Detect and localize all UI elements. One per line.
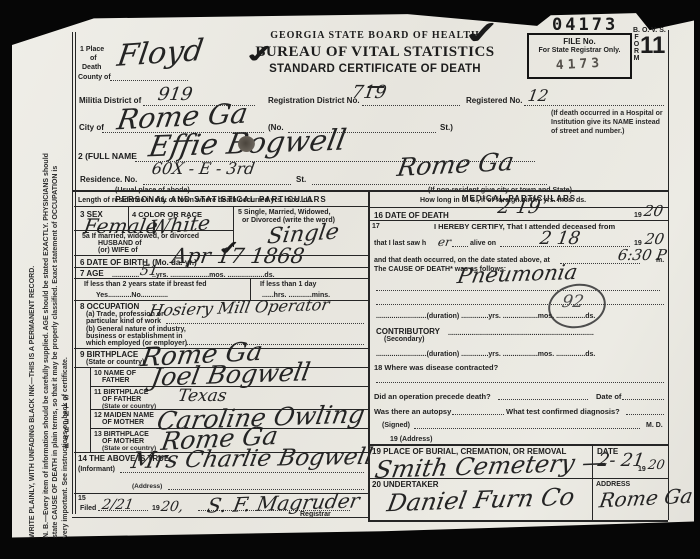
- margin-line-1: WRITE PLAINLY, WITH UNFADING BLACK INK—T…: [28, 32, 38, 538]
- parents-inner-border: [90, 367, 91, 453]
- hospital-note: (If death occurred in a Hospital or Inst…: [551, 110, 663, 136]
- autopsy-dotted: [452, 414, 504, 415]
- undertaker-top-rule: [368, 478, 668, 479]
- breastfed-label: If less than 2 years state if breast fed: [84, 281, 207, 289]
- address-19-label: 19 (Address): [390, 436, 432, 444]
- last-saw-label-1: that I last saw h: [374, 240, 426, 248]
- cause-value-handwritten: Pneumonia: [455, 260, 579, 288]
- residence-label: Residence. No.: [80, 176, 137, 185]
- cause-code-handwritten: 92: [560, 292, 585, 312]
- left-column-bottom-rule: [72, 517, 368, 518]
- filed-year-handwritten: 20,: [160, 499, 185, 515]
- filed-row-number: 15: [78, 495, 86, 503]
- check-mark-icon: ✓: [242, 39, 279, 70]
- test-dotted: [626, 414, 664, 415]
- last-saw-er-handwritten: er: [437, 235, 452, 249]
- regdist-dotted: [362, 105, 460, 106]
- burial-box-top-rule: [368, 444, 668, 446]
- place-label-2: of: [90, 55, 97, 63]
- undertaker-address-handwritten: Rome Ga: [598, 484, 695, 513]
- parents-vertical-label: PARENTS: [63, 392, 71, 448]
- operation-label: Did an operation precede death?: [374, 393, 491, 402]
- operation-date-dotted: [622, 399, 664, 400]
- personal-section-title: PERSONAL AND STATISTICAL PARTICULARS: [74, 196, 368, 205]
- left-title-underline: [74, 206, 368, 207]
- form-left-border-outer: [72, 32, 73, 514]
- date-of-death-handwritten: 2 19: [496, 196, 542, 218]
- last-saw-label-2: alive on: [470, 240, 496, 248]
- form-number-block: B. O. V. S. FORM 11: [633, 27, 667, 62]
- margin-line-4: very important. See instructions on back…: [61, 32, 71, 538]
- margin-line-3: state CAUSE OF DEATH in plain terms, so …: [51, 32, 61, 538]
- filed-date-handwritten: 2/21: [101, 497, 135, 513]
- residence-value-handwritten: 60X - E - 3rd: [150, 159, 256, 178]
- registered-dotted: [524, 105, 664, 106]
- form-word-vertical: FORM: [633, 34, 640, 62]
- operation-date-label: Date of: [596, 393, 621, 402]
- place-label-4: County of: [78, 74, 111, 82]
- birthplace-sub-label: (State or country): [86, 359, 144, 367]
- certify-label: I HEREBY CERTIFY, That I attended deceas…: [434, 223, 615, 231]
- residence-dotted: [143, 184, 291, 185]
- city-st-label: St.): [440, 124, 453, 133]
- disease-contracted-label: 18 Where was disease contracted?: [374, 364, 498, 373]
- duration-label-1: ..........................(duration) ...…: [376, 313, 595, 321]
- sex-color-divider: [128, 206, 129, 230]
- father-name-bottom-rule: [90, 386, 368, 387]
- filed-19-label: 19: [152, 505, 160, 513]
- mother-maiden-label-2: OF MOTHER: [102, 419, 144, 427]
- last-saw-date-handwritten: 2 18: [538, 228, 581, 249]
- place-dotted-line: [110, 80, 188, 81]
- duration-label-2: ..........................(duration) ...…: [376, 351, 595, 359]
- occupation-a-dotted: [166, 323, 364, 324]
- county-value-handwritten: Floyd: [115, 33, 206, 74]
- place-label-1: 1 Place: [80, 46, 104, 54]
- md-label: M. D.: [646, 422, 663, 430]
- signed-label: (Signed): [382, 422, 410, 430]
- residence-city-dotted: [312, 184, 547, 185]
- form-right-border: [668, 30, 669, 520]
- file-number-box: FILE No. For State Registrar Only. 4173: [527, 33, 632, 79]
- secondary-label: (Secondary): [384, 336, 424, 344]
- residence-st-label: St.: [296, 176, 306, 185]
- registered-value-handwritten: 12: [526, 86, 549, 105]
- age-bottom-rule: [74, 278, 368, 279]
- informant-address-label: (Address): [132, 483, 162, 491]
- table-top-rule: [72, 190, 668, 192]
- margin-instructions: WRITE PLAINLY, WITH UNFADING BLACK INK—T…: [28, 32, 70, 538]
- city-label: City of: [79, 124, 104, 133]
- dod-year-handwritten: 20: [643, 202, 665, 220]
- autopsy-label: Was there an autopsy: [374, 408, 451, 417]
- place-label-3: Death: [82, 64, 101, 72]
- file-no-label: FILE No.: [529, 38, 630, 47]
- wife-of-label: (or) WIFE of: [98, 247, 138, 255]
- disease-contracted-dotted: [376, 382, 664, 383]
- regdist-value-handwritten: 719: [350, 82, 388, 103]
- registered-no-label: Registered No.: [466, 97, 522, 106]
- serial-number-stamp: 04173: [552, 15, 618, 35]
- dod-bottom-rule: [370, 220, 668, 221]
- certify-number: 17: [372, 223, 380, 231]
- form-left-border-inner: [75, 32, 76, 514]
- contributory-dots: ........................................…: [448, 330, 594, 338]
- right-column-bottom-rule: [368, 520, 668, 522]
- full-name-label: 2 (FULL NAME: [78, 152, 137, 161]
- margin-line-2: N. B.—Every item of information should b…: [42, 32, 52, 538]
- column-divider: [368, 190, 370, 520]
- scanned-death-certificate: WRITE PLAINLY, WITH UNFADING BLACK INK—T…: [0, 0, 700, 559]
- filed-label: Filed: [80, 505, 96, 513]
- check-mark-icon: ✓: [460, 15, 506, 52]
- form-number: 11: [640, 34, 665, 58]
- burial-19-label: 19: [638, 466, 646, 474]
- yes-no-label: Yes............No..............: [96, 292, 168, 300]
- ink-blot: [238, 136, 255, 152]
- informant-value-handwritten: Mrs Charlie Bogwell: [129, 444, 375, 474]
- cause-dotted-2: [376, 304, 664, 305]
- sex-row-bottom-rule: [74, 230, 233, 231]
- cause-dotted-1: [376, 290, 660, 291]
- father-birthplace-handwritten: Texas: [176, 386, 228, 406]
- informant-label: (Informant): [78, 466, 115, 474]
- operation-dotted: [498, 399, 588, 400]
- death-time-m-label: m.: [656, 257, 664, 265]
- marital-label-1: 5 Single, Married, Widowed,: [238, 209, 331, 217]
- signed-dotted: [414, 428, 640, 429]
- burial-year-handwritten: 20: [647, 458, 666, 473]
- father-name-label-2: FATHER: [102, 377, 129, 385]
- dob-bottom-rule: [74, 267, 368, 268]
- file-number-stamp: 4173: [529, 54, 631, 74]
- dob-value-handwritten: Apr 17 1868: [170, 244, 306, 268]
- file-sub-label: For State Registrar Only.: [529, 47, 630, 55]
- registration-district-label: Registration District No.: [268, 97, 360, 106]
- dod-19-label: 19: [634, 212, 642, 220]
- less-than-day-label: If less than 1 day: [260, 281, 316, 289]
- certificate-title: STANDARD CERTIFICATE OF DEATH: [248, 63, 502, 75]
- last-saw-dotted-1: [452, 246, 468, 247]
- test-confirmed-label: What test confirmed diagnosis?: [506, 408, 620, 417]
